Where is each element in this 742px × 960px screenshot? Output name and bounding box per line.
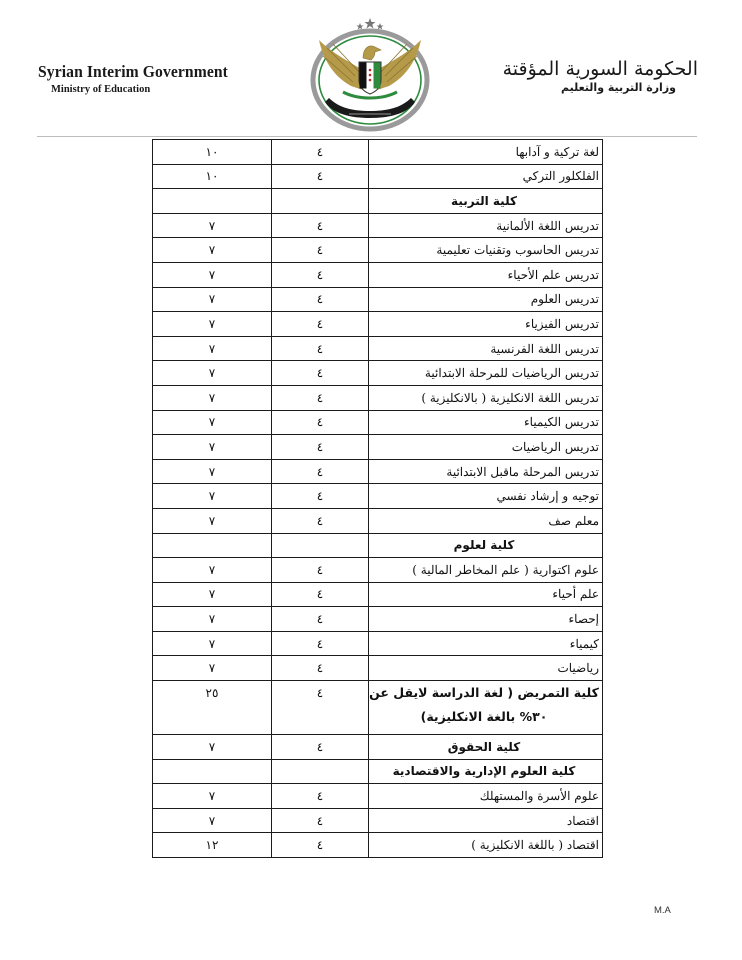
program-name-cell: كلية التمريض ( لغة الدراسة لايقل عن ٣٠% …: [369, 681, 603, 735]
program-name-cell: كيمياء: [369, 631, 603, 656]
table-row: تدريس اللغة الانكليزية ( بالانكليزية )٤٧: [153, 385, 603, 410]
table-row: الفلكلور التركي٤١٠: [153, 164, 603, 189]
program-name-cell: علوم الأسرة والمستهلك: [369, 784, 603, 809]
duration-cell: ٤: [272, 287, 369, 312]
duration-cell: ٤: [272, 410, 369, 435]
table-row: اقتصاد٤٧: [153, 808, 603, 833]
program-name-cell: تدريس علم الأحياء: [369, 262, 603, 287]
duration-cell: ٤: [272, 833, 369, 858]
program-name-cell: تدريس اللغة الانكليزية ( بالانكليزية ): [369, 385, 603, 410]
table-row: تدريس المرحلة ماقبل الابتدائية٤٧: [153, 459, 603, 484]
duration-cell: ٤: [272, 582, 369, 607]
footer-initials: M.A: [654, 905, 671, 916]
duration-cell: ٤: [272, 808, 369, 833]
duration-cell: ٤: [272, 213, 369, 238]
program-name-cell: لغة تركية و آدابها: [369, 140, 603, 165]
program-name-cell: اقتصاد: [369, 808, 603, 833]
table-row: تدريس العلوم٤٧: [153, 287, 603, 312]
table-row: تدريس اللغة الفرنسية٤٧: [153, 336, 603, 361]
value-cell: ٢٥: [153, 681, 272, 735]
program-name-cell: تدريس الكيمياء: [369, 410, 603, 435]
program-name-cell: الفلكلور التركي: [369, 164, 603, 189]
duration-cell: ٤: [272, 164, 369, 189]
table-row: لغة تركية و آدابها٤١٠: [153, 140, 603, 165]
program-name-cell: كلية التربية: [369, 189, 603, 214]
program-name-cell: تدريس الفيزياء: [369, 312, 603, 337]
government-emblem-icon: [303, 14, 437, 132]
table-row: علوم اكتوارية ( علم المخاطر المالية )٤٧: [153, 558, 603, 583]
duration-cell: ٤: [272, 558, 369, 583]
program-name-cell: رياضيات: [369, 656, 603, 681]
table-row: تدريس الكيمياء٤٧: [153, 410, 603, 435]
duration-cell: ٤: [272, 508, 369, 533]
table-row-multiline: كلية التمريض ( لغة الدراسة لايقل عن ٣٠% …: [153, 681, 603, 735]
duration-cell: ٤: [272, 140, 369, 165]
english-title: Syrian Interim Government: [38, 62, 228, 82]
value-cell: ٧: [153, 336, 272, 361]
duration-cell: ٤: [272, 484, 369, 509]
value-cell: ٧: [153, 410, 272, 435]
table-row: اقتصاد ( باللغة الانكليزية )٤١٢: [153, 833, 603, 858]
duration-cell: ٤: [272, 656, 369, 681]
section-row: كلية العلوم الإدارية والاقتصادية: [153, 759, 603, 784]
value-cell: [153, 759, 272, 784]
value-cell: [153, 189, 272, 214]
duration-cell: ٤: [272, 336, 369, 361]
program-name-cell: معلم صف: [369, 508, 603, 533]
value-cell: ٧: [153, 361, 272, 386]
value-cell: ٧: [153, 508, 272, 533]
program-name-cell: تدريس العلوم: [369, 287, 603, 312]
value-cell: ١٠: [153, 164, 272, 189]
value-cell: ٧: [153, 631, 272, 656]
program-name-cell: علوم اكتوارية ( علم المخاطر المالية ): [369, 558, 603, 583]
value-cell: ١٠: [153, 140, 272, 165]
program-name-cell: كلية الحقوق: [369, 735, 603, 760]
english-header: Syrian Interim Government Ministry of Ed…: [38, 62, 244, 95]
value-cell: ١٢: [153, 833, 272, 858]
duration-cell: ٤: [272, 312, 369, 337]
table-row: معلم صف٤٧: [153, 508, 603, 533]
arabic-header: الحكومة السورية المؤقتة وزارة التربية وا…: [503, 58, 698, 94]
arabic-subtitle: وزارة التربية والتعليم: [503, 81, 676, 94]
table-row: تدريس اللغة الألمانية٤٧: [153, 213, 603, 238]
value-cell: ٧: [153, 312, 272, 337]
table-row: تدريس الرياضيات للمرحلة الابتدائية٤٧: [153, 361, 603, 386]
program-name-cell: تدريس الرياضيات: [369, 435, 603, 460]
duration-cell: [272, 533, 369, 558]
duration-cell: ٤: [272, 459, 369, 484]
program-name-cell: اقتصاد ( باللغة الانكليزية ): [369, 833, 603, 858]
value-cell: ٧: [153, 484, 272, 509]
header-divider: [37, 136, 697, 137]
duration-cell: ٤: [272, 735, 369, 760]
table-row: كيمياء٤٧: [153, 631, 603, 656]
section-row: كلية الحقوق٤٧: [153, 735, 603, 760]
value-cell: ٧: [153, 607, 272, 632]
duration-cell: [272, 759, 369, 784]
table-row: توجيه و إرشاد نفسي٤٧: [153, 484, 603, 509]
program-name-cell: تدريس الحاسوب وتقنيات تعليمية: [369, 238, 603, 263]
value-cell: ٧: [153, 287, 272, 312]
table-row: تدريس الفيزياء٤٧: [153, 312, 603, 337]
section-row: كلية التربية: [153, 189, 603, 214]
duration-cell: ٤: [272, 361, 369, 386]
table-row: علم أحياء٤٧: [153, 582, 603, 607]
duration-cell: ٤: [272, 435, 369, 460]
value-cell: ٧: [153, 582, 272, 607]
duration-cell: ٤: [272, 238, 369, 263]
duration-cell: ٤: [272, 681, 369, 735]
value-cell: ٧: [153, 238, 272, 263]
value-cell: ٧: [153, 656, 272, 681]
table-row: رياضيات٤٧: [153, 656, 603, 681]
program-name-cell: توجيه و إرشاد نفسي: [369, 484, 603, 509]
table-row: علوم الأسرة والمستهلك٤٧: [153, 784, 603, 809]
value-cell: ٧: [153, 735, 272, 760]
duration-cell: ٤: [272, 784, 369, 809]
duration-cell: ٤: [272, 607, 369, 632]
program-name-cell: إحصاء: [369, 607, 603, 632]
arabic-title: الحكومة السورية المؤقتة: [503, 58, 698, 80]
duration-cell: ٤: [272, 262, 369, 287]
duration-cell: [272, 189, 369, 214]
program-name-cell: علم أحياء: [369, 582, 603, 607]
program-name-cell: كلية لعلوم: [369, 533, 603, 558]
admissions-table: لغة تركية و آدابها٤١٠الفلكلور التركي٤١٠ك…: [152, 139, 603, 858]
english-subtitle: Ministry of Education: [51, 84, 244, 95]
value-cell: ٧: [153, 435, 272, 460]
table-row: تدريس علم الأحياء٤٧: [153, 262, 603, 287]
table-row: تدريس الحاسوب وتقنيات تعليمية٤٧: [153, 238, 603, 263]
duration-cell: ٤: [272, 385, 369, 410]
value-cell: ٧: [153, 459, 272, 484]
program-name-cell: تدريس الرياضيات للمرحلة الابتدائية: [369, 361, 603, 386]
program-name-cell: تدريس المرحلة ماقبل الابتدائية: [369, 459, 603, 484]
program-name-cell: تدريس اللغة الألمانية: [369, 213, 603, 238]
duration-cell: ٤: [272, 631, 369, 656]
value-cell: ٧: [153, 784, 272, 809]
value-cell: ٧: [153, 213, 272, 238]
program-name-cell: تدريس اللغة الفرنسية: [369, 336, 603, 361]
table-row: إحصاء٤٧: [153, 607, 603, 632]
value-cell: [153, 533, 272, 558]
table-row: تدريس الرياضيات٤٧: [153, 435, 603, 460]
program-name-cell: كلية العلوم الإدارية والاقتصادية: [369, 759, 603, 784]
value-cell: ٧: [153, 385, 272, 410]
value-cell: ٧: [153, 558, 272, 583]
value-cell: ٧: [153, 808, 272, 833]
value-cell: ٧: [153, 262, 272, 287]
section-row: كلية لعلوم: [153, 533, 603, 558]
